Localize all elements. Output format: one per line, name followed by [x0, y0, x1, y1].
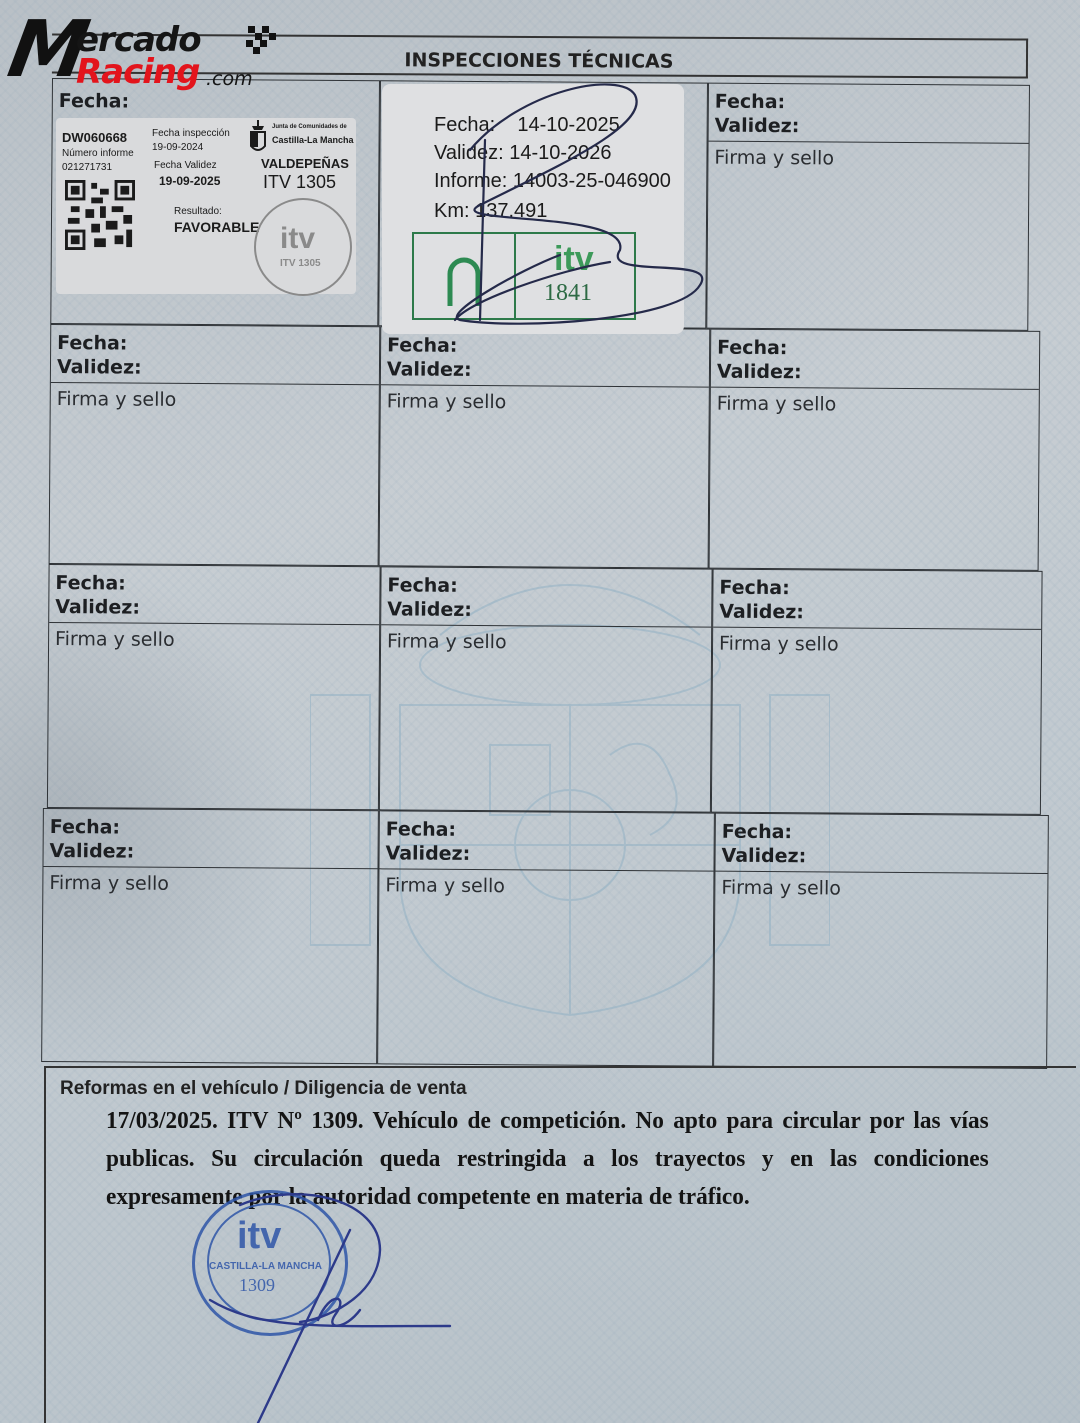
- sticker-km-row: Km: 137.491: [434, 200, 547, 223]
- inspection-cell-r4c1: Fecha: Validez: Firma y sello: [41, 808, 379, 1064]
- station-city: VALDEPEÑAS: [261, 156, 349, 171]
- fecha-label: Fecha:: [387, 573, 705, 599]
- firma-label: Firma y sello: [385, 874, 505, 897]
- validez-label: Validez:: [57, 355, 373, 381]
- sticker-fecha-label: Fecha:: [434, 114, 495, 136]
- resultado-value: FAVORABLE: [174, 219, 259, 235]
- cell-header: Fecha: Validez:: [43, 809, 377, 869]
- sticker-validez-label: Validez:: [434, 142, 504, 164]
- inspection-cell-r4c2: Fecha: Validez: Firma y sello: [377, 810, 715, 1066]
- firma-label: Firma y sello: [721, 877, 841, 900]
- validez-label: Validez:: [717, 360, 1033, 386]
- cell-header: Fecha: Validez:: [51, 325, 379, 385]
- inspection-cell-r3c3: Fecha: Validez: Firma y sello: [711, 569, 1043, 815]
- fecha-label: Fecha:: [722, 820, 1042, 846]
- inspection-cell-r2c2: Fecha: Validez: Firma y sello: [379, 326, 711, 568]
- validez-label: Validez:: [715, 114, 1023, 140]
- numero-informe: 021271731: [62, 162, 112, 173]
- fecha-label: Fecha:: [50, 815, 372, 841]
- cell-header: Fecha: Validez:: [49, 565, 379, 625]
- firma-label: Firma y sello: [57, 388, 177, 411]
- andalucia-crest-icon: [444, 252, 484, 308]
- sticker-fecha-row: Fecha: 14-10-2025: [434, 114, 620, 137]
- numero-informe-label: Número informe: [62, 148, 134, 159]
- stamp-code: ITV 1305: [280, 258, 321, 269]
- cell-header: Fecha: Validez:: [709, 84, 1029, 144]
- fecha-label: Fecha:: [719, 576, 1035, 602]
- validez-label: Validez:: [50, 839, 372, 865]
- logo-domain: .com: [206, 68, 253, 90]
- cell-header: Fecha: Validez:: [381, 567, 711, 627]
- authority-line1: Junta de Comunidades de: [272, 124, 347, 130]
- inspection-cell-r3c2: Fecha: Validez: Firma y sello: [379, 566, 713, 812]
- validez-label: Validez:: [719, 600, 1035, 626]
- sticker-informe-value: 14003-25-046900: [513, 170, 671, 192]
- fecha-label: Fecha:: [57, 331, 373, 357]
- inspection-cell-r1c3: Fecha: Validez: Firma y sello: [706, 83, 1030, 331]
- firma-label: Firma y sello: [717, 393, 837, 416]
- itv-1309-stamp: itv CASTILLA-LA MANCHA 1309: [192, 1190, 348, 1336]
- firma-label: Firma y sello: [387, 630, 507, 653]
- cell-header: Fecha: Validez:: [379, 811, 713, 871]
- fecha-label: Fecha:: [715, 90, 1023, 116]
- stamp-code: 1309: [239, 1275, 275, 1296]
- checkered-flag-icon: [242, 26, 278, 54]
- mercado-racing-logo[interactable]: M ercado Racing .com: [10, 12, 280, 88]
- fecha-label: Fecha:: [55, 571, 373, 597]
- cell-header: Fecha: Validez:: [713, 570, 1041, 630]
- sticker-fecha-value: 14-10-2025: [517, 114, 619, 136]
- sticker-validez-row: Validez: 14-10-2026: [434, 142, 612, 165]
- inspection-document: INSPECCIONES TÉCNICAS Fecha: Fecha: Vali…: [0, 0, 1080, 1423]
- itv-valdepenas-stamp: itv ITV 1305: [254, 198, 352, 296]
- firma-label: Firma y sello: [49, 872, 169, 895]
- itv-sticker-valdepenas: DW060668 Número informe 021271731 Fecha …: [56, 118, 356, 294]
- sticker-km-value: 137.491: [475, 200, 547, 222]
- fecha-inspeccion: 19-09-2024: [152, 142, 203, 153]
- logo-racing: Racing: [76, 52, 199, 92]
- sticker-informe-label: Informe:: [434, 170, 507, 192]
- sticker-informe-row: Informe: 14003-25-046900: [434, 170, 671, 193]
- cell-header: Fecha: Validez:: [711, 330, 1039, 390]
- firma-label: Firma y sello: [714, 147, 834, 170]
- resultado-label: Resultado:: [174, 206, 222, 217]
- validez-label: Validez:: [387, 357, 703, 383]
- fecha-validez-label: Fecha Validez: [154, 160, 217, 171]
- inspection-cell-r2c1: Fecha: Validez: Firma y sello: [49, 324, 381, 566]
- fecha-inspeccion-label: Fecha inspección: [152, 128, 230, 139]
- stamp-code: 1841: [544, 280, 592, 307]
- fecha-validez: 19-09-2025: [159, 174, 220, 188]
- validez-label: Validez:: [55, 595, 373, 621]
- stamp-itv-logo: itv: [280, 222, 315, 256]
- validez-label: Validez:: [722, 844, 1042, 870]
- cell-header: Fecha: Validez:: [381, 327, 709, 387]
- validez-label: Validez:: [386, 841, 708, 867]
- firma-label: Firma y sello: [719, 633, 839, 656]
- firma-label: Firma y sello: [55, 628, 175, 651]
- stamp-itv-logo: itv: [237, 1215, 281, 1258]
- inspection-cell-r4c3: Fecha: Validez: Firma y sello: [713, 813, 1049, 1069]
- inspection-cell-r2c3: Fecha: Validez: Firma y sello: [709, 329, 1041, 571]
- sticker-km-label: Km:: [434, 200, 470, 222]
- inspection-cell-r3c1: Fecha: Validez: Firma y sello: [47, 564, 381, 810]
- authority-line2: Castilla-La Mancha: [272, 135, 354, 145]
- itv-sticker-1841: Fecha: 14-10-2025 Validez: 14-10-2026 In…: [382, 84, 684, 334]
- cell-header: Fecha: Validez:: [715, 814, 1047, 874]
- castilla-la-mancha-crest-icon: [248, 120, 268, 154]
- sticker-code: DW060668: [62, 130, 127, 145]
- itv-1841-stamp: itv 1841: [412, 232, 636, 320]
- stamp-itv-logo: itv: [554, 240, 594, 279]
- fecha-label: Fecha:: [717, 336, 1033, 362]
- reformas-title: Reformas en el vehículo / Diligencia de …: [60, 1078, 467, 1100]
- stamp-region: CASTILLA-LA MANCHA: [209, 1261, 322, 1272]
- firma-label: Firma y sello: [387, 390, 507, 413]
- validez-label: Validez:: [387, 597, 705, 623]
- fecha-label: Fecha:: [386, 817, 708, 843]
- sticker-validez-value: 14-10-2026: [509, 142, 611, 164]
- station-code: ITV 1305: [263, 172, 336, 193]
- qr-code-icon: [64, 180, 136, 250]
- fecha-label: Fecha:: [387, 333, 703, 359]
